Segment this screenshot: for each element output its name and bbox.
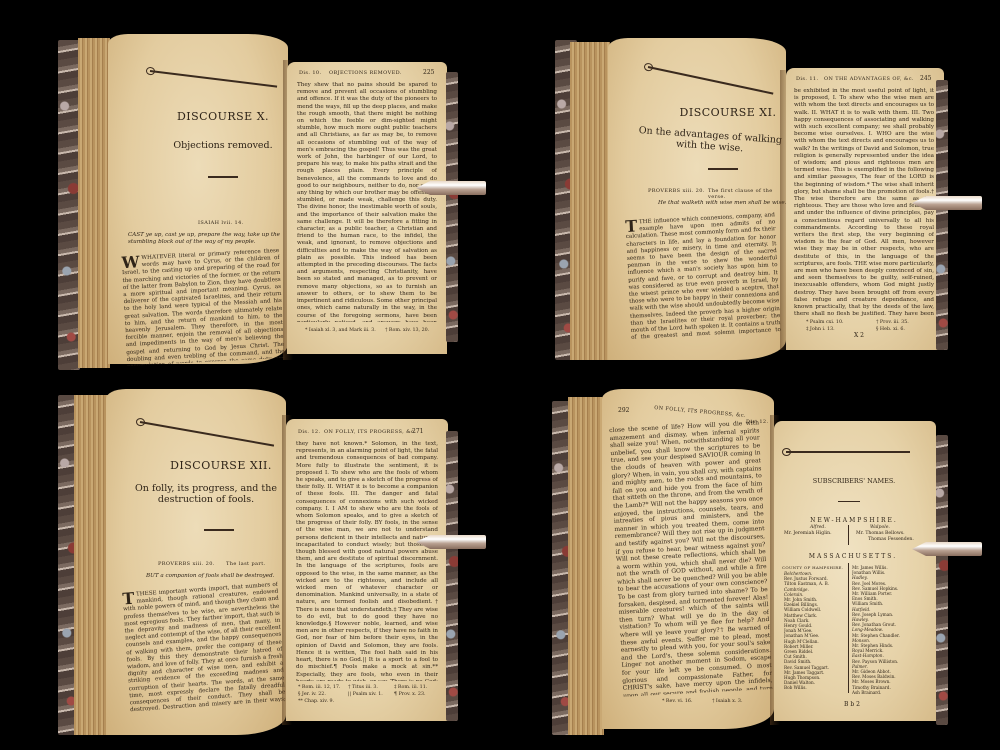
footnote: ¶ Prov. x. 23.	[394, 692, 426, 697]
discourse-subtitle: On the advantages of walking with the wi…	[629, 124, 790, 157]
photo-panel-subscribers: 292 ON FOLLY, ITS PROGRESS, &c. Dis. 12.…	[500, 375, 1000, 750]
right-page: Dis. 12. ON FOLLY, ITS PROGRESS, &c. 271…	[286, 419, 448, 721]
photo-panel-discourse-xi: DISCOURSE XI. On the advantages of walki…	[500, 0, 1000, 375]
footnote: † Prov. iii. 35.	[876, 320, 909, 325]
page-block-edges	[78, 38, 110, 368]
running-head: ON THE ADVANTAGES OF, &c.	[824, 76, 914, 82]
discourse-heading: DISCOURSE X.	[168, 110, 278, 123]
ornamental-rule	[786, 451, 910, 453]
signature-mark: B b 2	[844, 701, 860, 708]
short-rule	[208, 176, 238, 178]
ornamental-rule	[150, 70, 277, 88]
body-text: TTHESE important words import, that numb…	[122, 582, 286, 713]
body-text: be exhibited in the most useful point of…	[794, 88, 934, 316]
footnote: † Titus iii. 3.	[348, 685, 378, 690]
left-page: DISCOURSE XI. On the advantages of walki…	[608, 38, 786, 360]
marbled-cover-edge	[446, 72, 458, 342]
running-head: ON FOLLY, ITS PROGRESS, &c.	[324, 429, 416, 435]
page-pointer-tool	[912, 542, 982, 556]
scripture-note: The first clause of the verse.	[708, 188, 786, 200]
epigraph: He that walketh with wise men shall be w…	[658, 200, 788, 207]
state-heading: NEW-HAMPSHIRE.	[794, 517, 914, 524]
marbled-endpaper	[58, 40, 80, 370]
drop-cap: T	[122, 592, 135, 607]
footnote: ‡ Rom. iii. 11.	[394, 685, 427, 690]
drop-cap: W	[121, 255, 140, 270]
footnote: ‡ John i. 13.	[806, 327, 835, 332]
discourse-subtitle: Objections removed.	[158, 140, 288, 151]
right-page: Dis. 10. OBJECTIONS REMOVED. 225 They sh…	[287, 62, 447, 354]
body-text: TTHE influence which connexions, company…	[625, 212, 781, 340]
page-block-edges	[568, 397, 604, 735]
subscriber-list-right: Mr. James Willis. Jonathan Willis. Hadle…	[852, 565, 922, 695]
page-block-edges	[74, 395, 110, 735]
scripture-reference: PROVERBS xiii. 20.	[158, 561, 215, 567]
footnote: † Rom. xiv. 13, 20.	[385, 328, 429, 333]
page-number: 292	[618, 407, 629, 414]
marbled-cover-edge	[936, 435, 948, 725]
photo-panel-discourse-xii: DISCOURSE XII. On folly, its progress, a…	[0, 375, 500, 750]
epigraph: BUT a companion of fools shall be destro…	[146, 573, 286, 580]
subscriber-name: Thomas Fessenden.	[868, 537, 914, 543]
footnote: || Psalm xiv. 1.	[348, 692, 383, 697]
ornamental-rule	[140, 421, 274, 447]
running-head-left: Dis. 10.	[299, 70, 322, 76]
running-head-left: Dis. 12.	[298, 429, 321, 435]
marbled-cover-edge	[446, 431, 458, 721]
page-pointer-tool	[416, 535, 486, 549]
page-number: 245	[920, 75, 931, 82]
page-block-edges	[570, 42, 610, 360]
running-head: ON FOLLY, ITS PROGRESS, &c.	[654, 405, 746, 419]
body-text: WWHATEVER literal or primary reference t…	[121, 248, 285, 366]
short-rule	[708, 168, 738, 170]
column-divider	[848, 525, 849, 545]
footnote: * Rev. vi. 16.	[662, 699, 693, 704]
page-pointer-tool	[912, 196, 982, 210]
column-divider	[848, 563, 849, 693]
subscribers-title: SUBSCRIBERS' NAMES.	[804, 477, 904, 485]
scripture-note: The last part.	[226, 561, 266, 567]
signature-mark: X 2	[854, 332, 864, 339]
footnote: § Jer. iv. 22.	[298, 692, 326, 697]
footnote: † Isaiah x. 3.	[712, 699, 742, 704]
short-rule	[838, 501, 860, 502]
body-text: they have not known.* Solomon, in the te…	[296, 441, 438, 681]
running-head: OBJECTIONS REMOVED.	[329, 70, 402, 76]
scripture-reference: ISAIAH lvii. 14.	[198, 220, 278, 226]
subscriber-list-left: Belchertown. Rev. Justus Forward. Tilton…	[784, 571, 846, 695]
subscriber-name: Ash Brainard.	[852, 690, 922, 695]
county-heading: COUNTY OF HAMPSHIRE.	[782, 565, 843, 570]
scripture-reference: PROVERBS xiii. 20.	[648, 188, 705, 194]
page-number: 271	[412, 428, 423, 435]
footnote: * Isaiah xl. 3, and Mark iii. 3.	[305, 328, 376, 333]
body-text: close the scene of life? How will you di…	[609, 419, 773, 696]
discourse-subtitle: On folly, its progress, and the destruct…	[126, 483, 286, 505]
drop-cap: T	[625, 219, 638, 234]
epigraph: CAST ye up, cast ye up, prepare the way,…	[128, 232, 280, 246]
page-number: 225	[423, 69, 434, 76]
discourse-heading: DISCOURSE XII.	[166, 459, 276, 472]
footnote: § Heb. xi. 6.	[876, 327, 905, 332]
left-page: DISCOURSE XII. On folly, its progress, a…	[106, 389, 286, 735]
subscriber-name: Bob Willis.	[784, 685, 846, 690]
ornamental-rule	[648, 66, 774, 95]
state-heading: MASSACHUSETTS.	[788, 553, 918, 560]
running-head-left: Dis. 11.	[796, 76, 819, 82]
subscriber-name: Mr. Jeremiah Higlin.	[784, 531, 832, 537]
page-pointer-tool	[416, 181, 486, 195]
body-text: They shew that no pains should be spared…	[297, 82, 437, 322]
right-page: SUBSCRIBERS' NAMES. NEW-HAMPSHIRE. Alfre…	[774, 421, 936, 721]
marbled-cover-edge	[936, 80, 948, 350]
footnote: * Psalm cxi. 10.	[806, 320, 844, 325]
short-rule	[204, 529, 234, 531]
photo-panel-discourse-x: DISCOURSE X. Objections removed. ISAIAH …	[0, 0, 500, 375]
discourse-heading: DISCOURSE XI.	[678, 106, 778, 119]
left-page: DISCOURSE X. Objections removed. ISAIAH …	[108, 34, 288, 364]
left-page: 292 ON FOLLY, ITS PROGRESS, &c. Dis. 12.…	[602, 389, 774, 729]
right-page: Dis. 11. ON THE ADVANTAGES OF, &c. 245 b…	[786, 68, 944, 350]
footnote: ** Chap. xiv. 9.	[298, 699, 334, 704]
footnote: * Rom. iii. 12, 17.	[298, 685, 340, 690]
